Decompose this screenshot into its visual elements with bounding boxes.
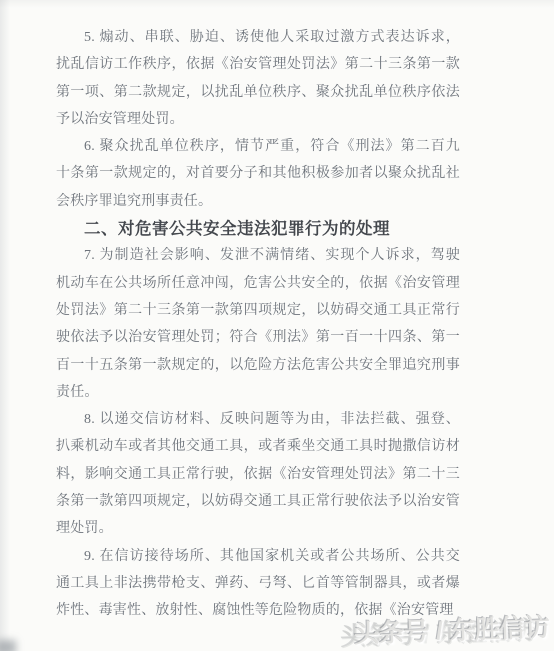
text-line: 8. 以递交信访材料、反映问题等为由，非法拦截、强登、 bbox=[56, 406, 460, 433]
text-line: 会秩序罪追究刑事责任。 bbox=[56, 188, 460, 215]
section-heading: 二、对危害公共安全违法犯罪行为的处理 bbox=[56, 215, 460, 242]
text-line: 5. 煽动、串联、胁迫、诱使他人采取过激方式表达诉求， bbox=[56, 24, 460, 51]
text-line: 料，影响交通工具正常行驶，依据《治安管理处罚法》第二十三 bbox=[56, 461, 460, 488]
text-line: 条第一款第四项规定，以妨碍交通工具正常行驶依法予以治安管 bbox=[56, 488, 460, 515]
text-line: 十条第一款规定的，对首要分子和其他积极参加者以聚众扰乱社 bbox=[56, 160, 460, 187]
text-line: 予以治安管理处罚。 bbox=[56, 106, 460, 133]
text-line: 驶依法予以治安管理处罚；符合《刑法》第一百一十四条、第一 bbox=[56, 324, 460, 351]
scanned-document-page: 5. 煽动、串联、胁迫、诱使他人采取过激方式表达诉求，扰乱信访工作秩序，依据《治… bbox=[0, 0, 554, 651]
text-line: 处罚法》第二十三条第一款第四项规定，以妨碍交通工具正常行 bbox=[56, 297, 460, 324]
text-line: 9. 在信访接待场所、其他国家机关或者公共场所、公共交 bbox=[56, 543, 460, 570]
document-text: 5. 煽动、串联、胁迫、诱使他人采取过激方式表达诉求，扰乱信访工作秩序，依据《治… bbox=[56, 24, 460, 625]
text-line: 理处罚。 bbox=[56, 515, 460, 542]
paragraph: 5. 煽动、串联、胁迫、诱使他人采取过激方式表达诉求，扰乱信访工作秩序，依据《治… bbox=[56, 24, 460, 133]
text-line: 二、对危害公共安全违法犯罪行为的处理 bbox=[56, 215, 460, 242]
text-line: 百一十五条第一款规定的，以危险方法危害公共安全罪追究刑事 bbox=[56, 352, 460, 379]
paragraph: 8. 以递交信访材料、反映问题等为由，非法拦截、强登、扒乘机动车或者其他交通工具… bbox=[56, 406, 460, 542]
text-line: 扒乘机动车或者其他交通工具，或者乘坐交通工具时抛撒信访材 bbox=[56, 433, 460, 460]
text-line: 机动车在公共场所任意冲闯，危害公共安全的，依据《治安管理 bbox=[56, 270, 460, 297]
text-line: 扰乱信访工作秩序，依据《治安管理处罚法》第二十三条第一款 bbox=[56, 51, 460, 78]
text-line: 7. 为制造社会影响、发泄不满情绪、实现个人诉求，驾驶 bbox=[56, 242, 460, 269]
scan-edge-shade bbox=[0, 0, 10, 651]
paragraph: 7. 为制造社会影响、发泄不满情绪、实现个人诉求，驾驶机动车在公共场所任意冲闯，… bbox=[56, 242, 460, 406]
paragraph: 6. 聚众扰乱单位秩序，情节严重，符合《刑法》第二百九十条第一款规定的，对首要分… bbox=[56, 133, 460, 215]
text-line: 6. 聚众扰乱单位秩序，情节严重，符合《刑法》第二百九 bbox=[56, 133, 460, 160]
text-line: 炸性、毒害性、放射性、腐蚀性等危险物质的，依据《治安管理 bbox=[56, 597, 460, 624]
text-line: 第一项、第二款规定，以扰乱单位秩序、聚众扰乱单位秩序依法 bbox=[56, 79, 460, 106]
scan-corner-smudge bbox=[0, 640, 16, 651]
text-line: 通工具上非法携带枪支、弹药、弓弩、匕首等管制器具，或者爆 bbox=[56, 570, 460, 597]
paragraph: 9. 在信访接待场所、其他国家机关或者公共场所、公共交通工具上非法携带枪支、弹药… bbox=[56, 543, 460, 625]
text-line: 责任。 bbox=[56, 379, 460, 406]
scan-top-shade bbox=[0, 0, 554, 8]
